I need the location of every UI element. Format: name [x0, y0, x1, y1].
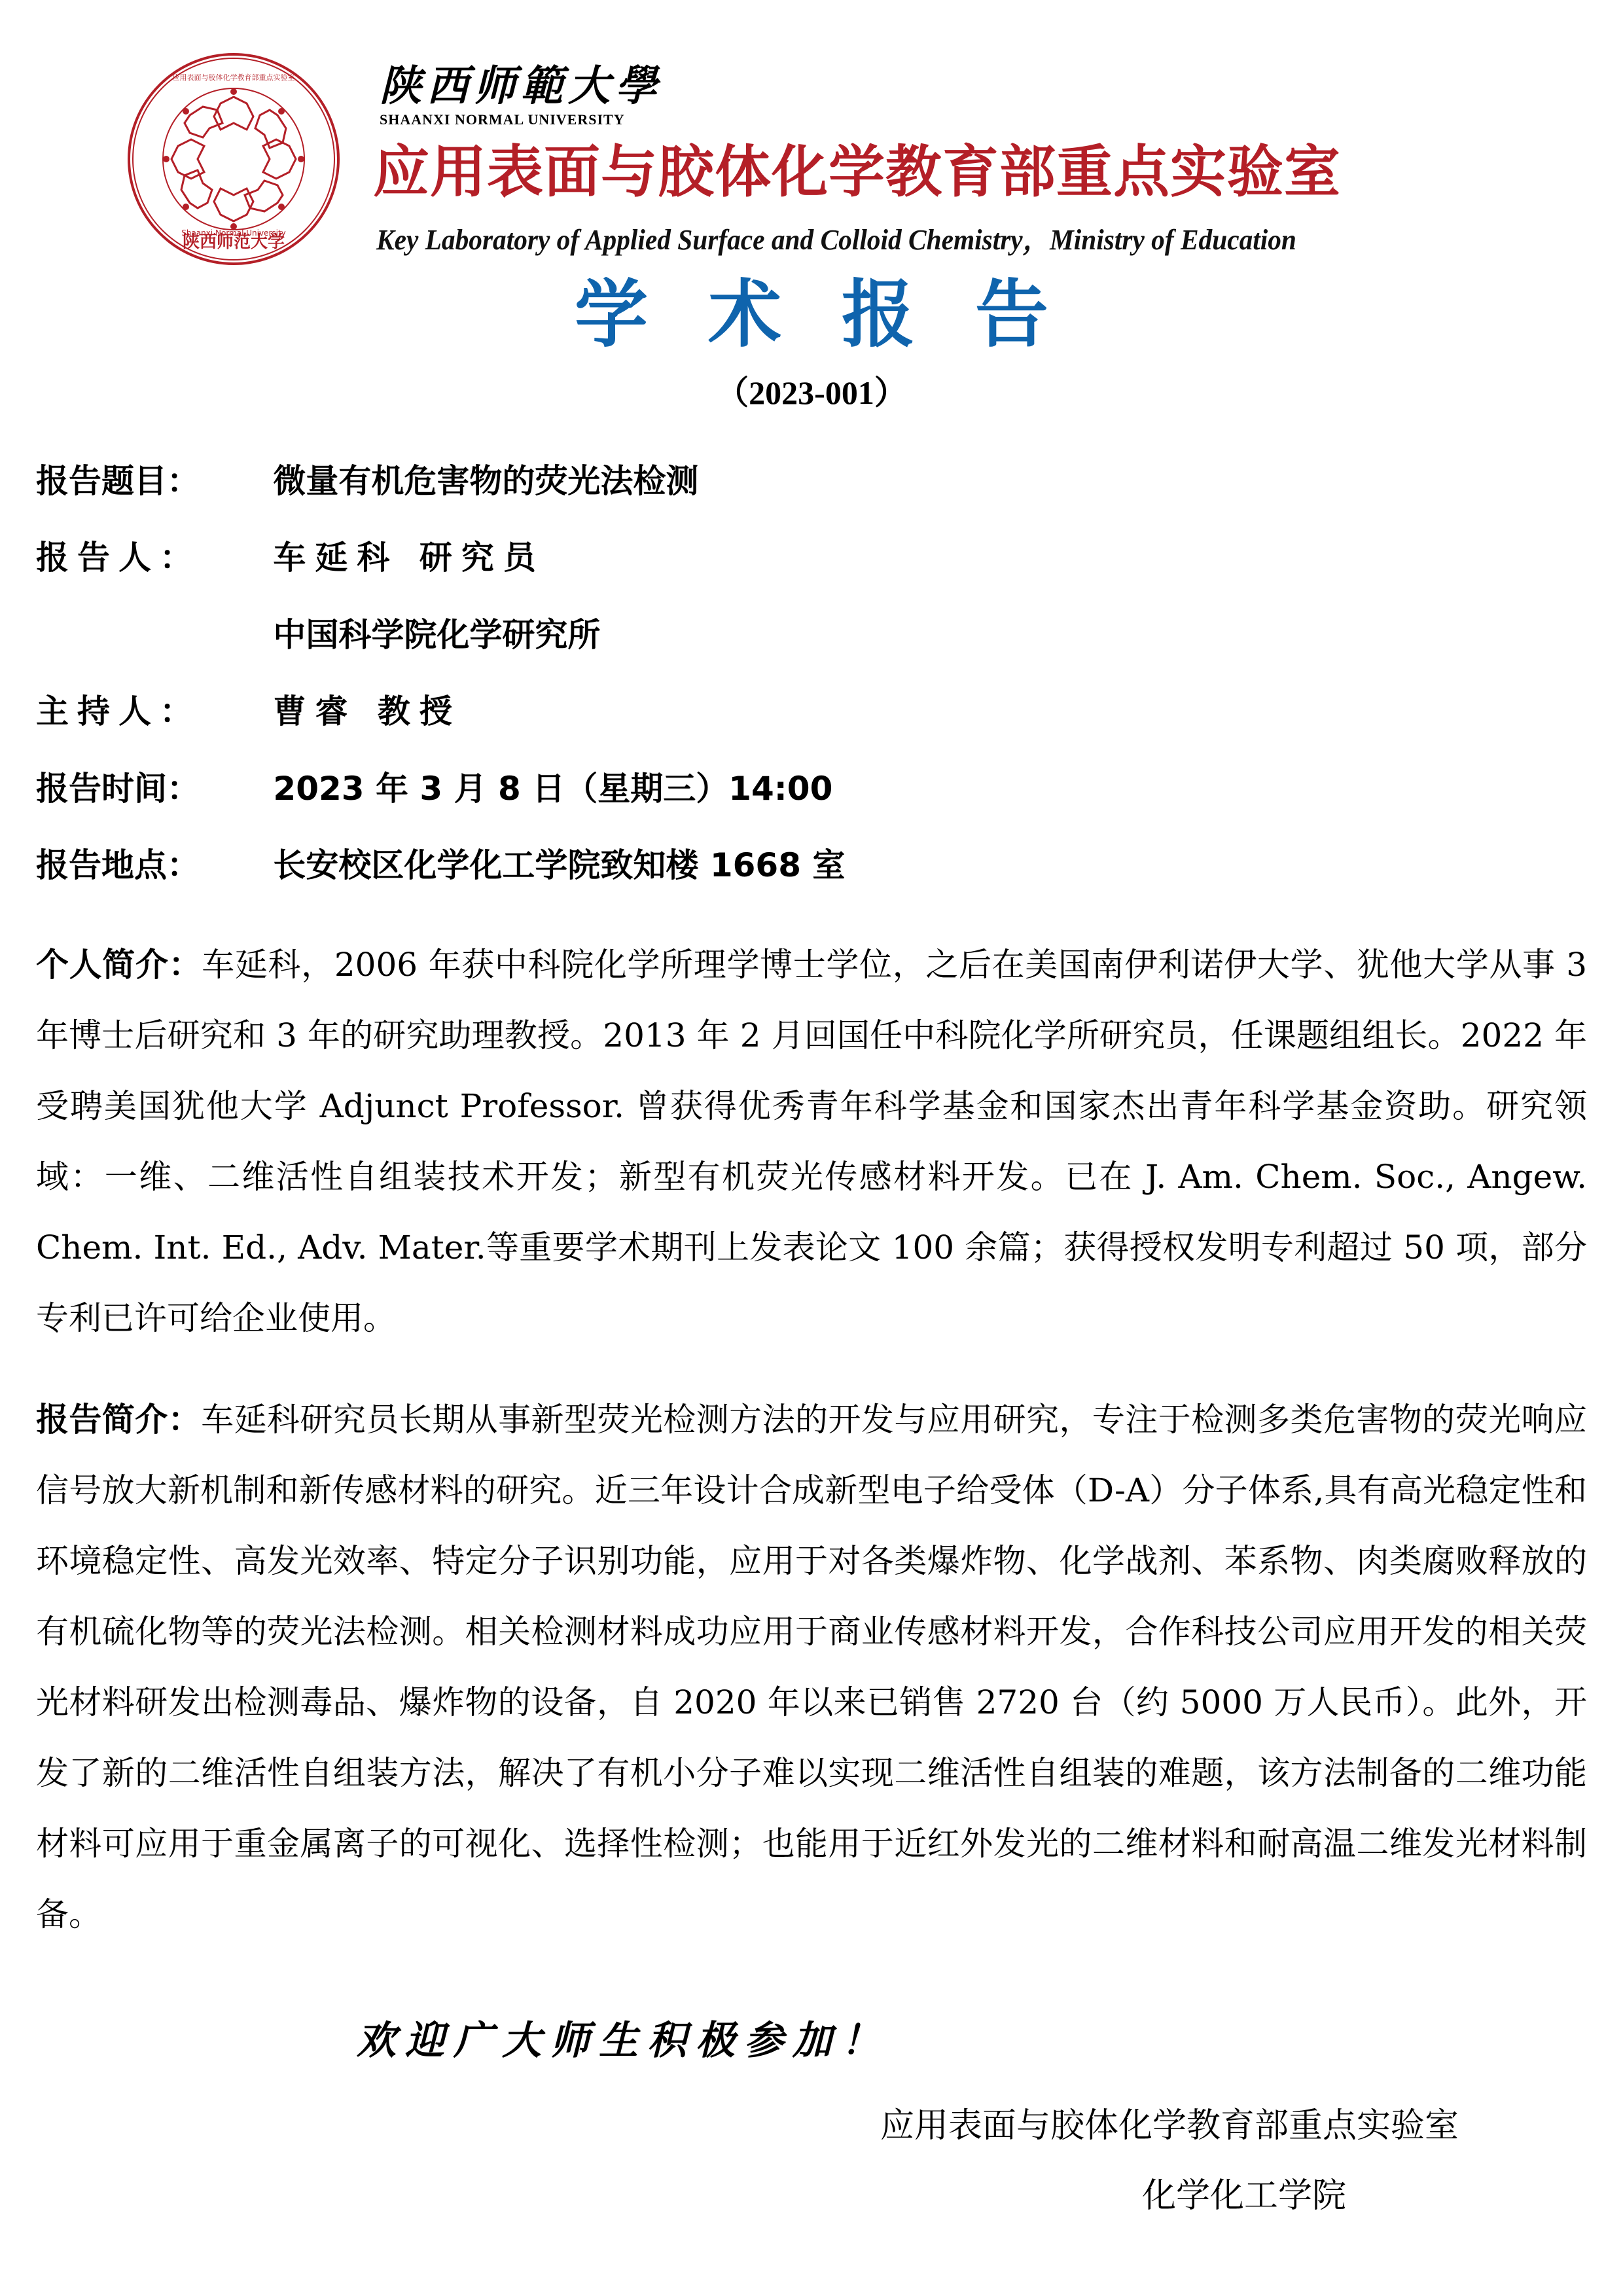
university-seal-icon: 陕西师范大学 Shaanxi Normal University 应用表面与胶体… [126, 51, 342, 267]
info-row-affiliation: 中国科学院化学研究所 [36, 612, 600, 658]
lab-name-en: Key Laboratory of Applied Surface and Co… [376, 216, 1296, 258]
svg-text:应用表面与胶体化学教育部重点实验室: 应用表面与胶体化学教育部重点实验室 [173, 73, 295, 82]
college-signature: 化学化工学院 [1142, 2168, 1346, 2217]
topic-value: 微量有机危害物的荧光法检测 [273, 458, 698, 504]
location-label: 报告地点： [36, 842, 262, 888]
host-label: 主持人： [36, 689, 262, 734]
report-abstract: 报告简介：车延科研究员长期从事新型荧光检测方法的开发与应用研究，专注于检测多类危… [36, 1384, 1587, 1950]
letterhead: 陕西师范大学 Shaanxi Normal University 应用表面与胶体… [118, 39, 1518, 275]
svg-text:Shaanxi Normal University: Shaanxi Normal University [181, 228, 286, 238]
organizer-signature: 应用表面与胶体化学教育部重点实验室 [880, 2098, 1459, 2147]
info-row-topic: 报告题目： 微量有机危害物的荧光法检测 [36, 458, 698, 504]
university-name-en: SHAANXI NORMAL UNIVERSITY [380, 111, 662, 128]
university-name-cn: 陕西师範大學 [380, 65, 662, 107]
bio-label: 个人简介： [36, 946, 202, 984]
topic-label: 报告题目： [36, 458, 262, 504]
abstract-text: 车延科研究员长期从事新型荧光检测方法的开发与应用研究，专注于检测多类危害物的荧光… [36, 1401, 1587, 1933]
speaker-value: 车延科 研究员 [273, 535, 544, 581]
info-row-time: 报告时间： 2023 年 3 月 8 日（星期三）14:00 [36, 766, 832, 812]
speaker-bio: 个人简介：车延科，2006 年获中科院化学所理学博士学位，之后在美国南伊利诺伊大… [36, 929, 1587, 1354]
time-value: 2023 年 3 月 8 日（星期三）14:00 [273, 766, 832, 812]
time-label: 报告时间： [36, 766, 262, 812]
host-value: 曹睿 教授 [273, 689, 461, 734]
welcome-message: 欢迎广大师生积极参加！ [357, 2009, 889, 2066]
location-value: 长安校区化学化工学院致知楼 1668 室 [273, 842, 845, 888]
lab-name-cn: 应用表面与胶体化学教育部重点实验室 [373, 144, 1341, 200]
abstract-label: 报告简介： [36, 1401, 201, 1439]
info-row-host: 主持人： 曹睿 教授 [36, 689, 461, 734]
info-row-location: 报告地点： 长安校区化学化工学院致知楼 1668 室 [36, 842, 845, 888]
speaker-label: 报告人： [36, 535, 262, 581]
info-row-speaker: 报告人： 车延科 研究员 [36, 535, 545, 581]
page-title: 学术报告 [0, 278, 1623, 351]
report-serial-number: （2023-001） [0, 376, 1623, 409]
speaker-affiliation: 中国科学院化学研究所 [273, 612, 600, 658]
bio-text: 车延科，2006 年获中科院化学所理学博士学位，之后在美国南伊利诺伊大学、犹他大… [36, 946, 1587, 1337]
university-logo: 陕西师範大學 SHAANXI NORMAL UNIVERSITY [380, 65, 662, 128]
